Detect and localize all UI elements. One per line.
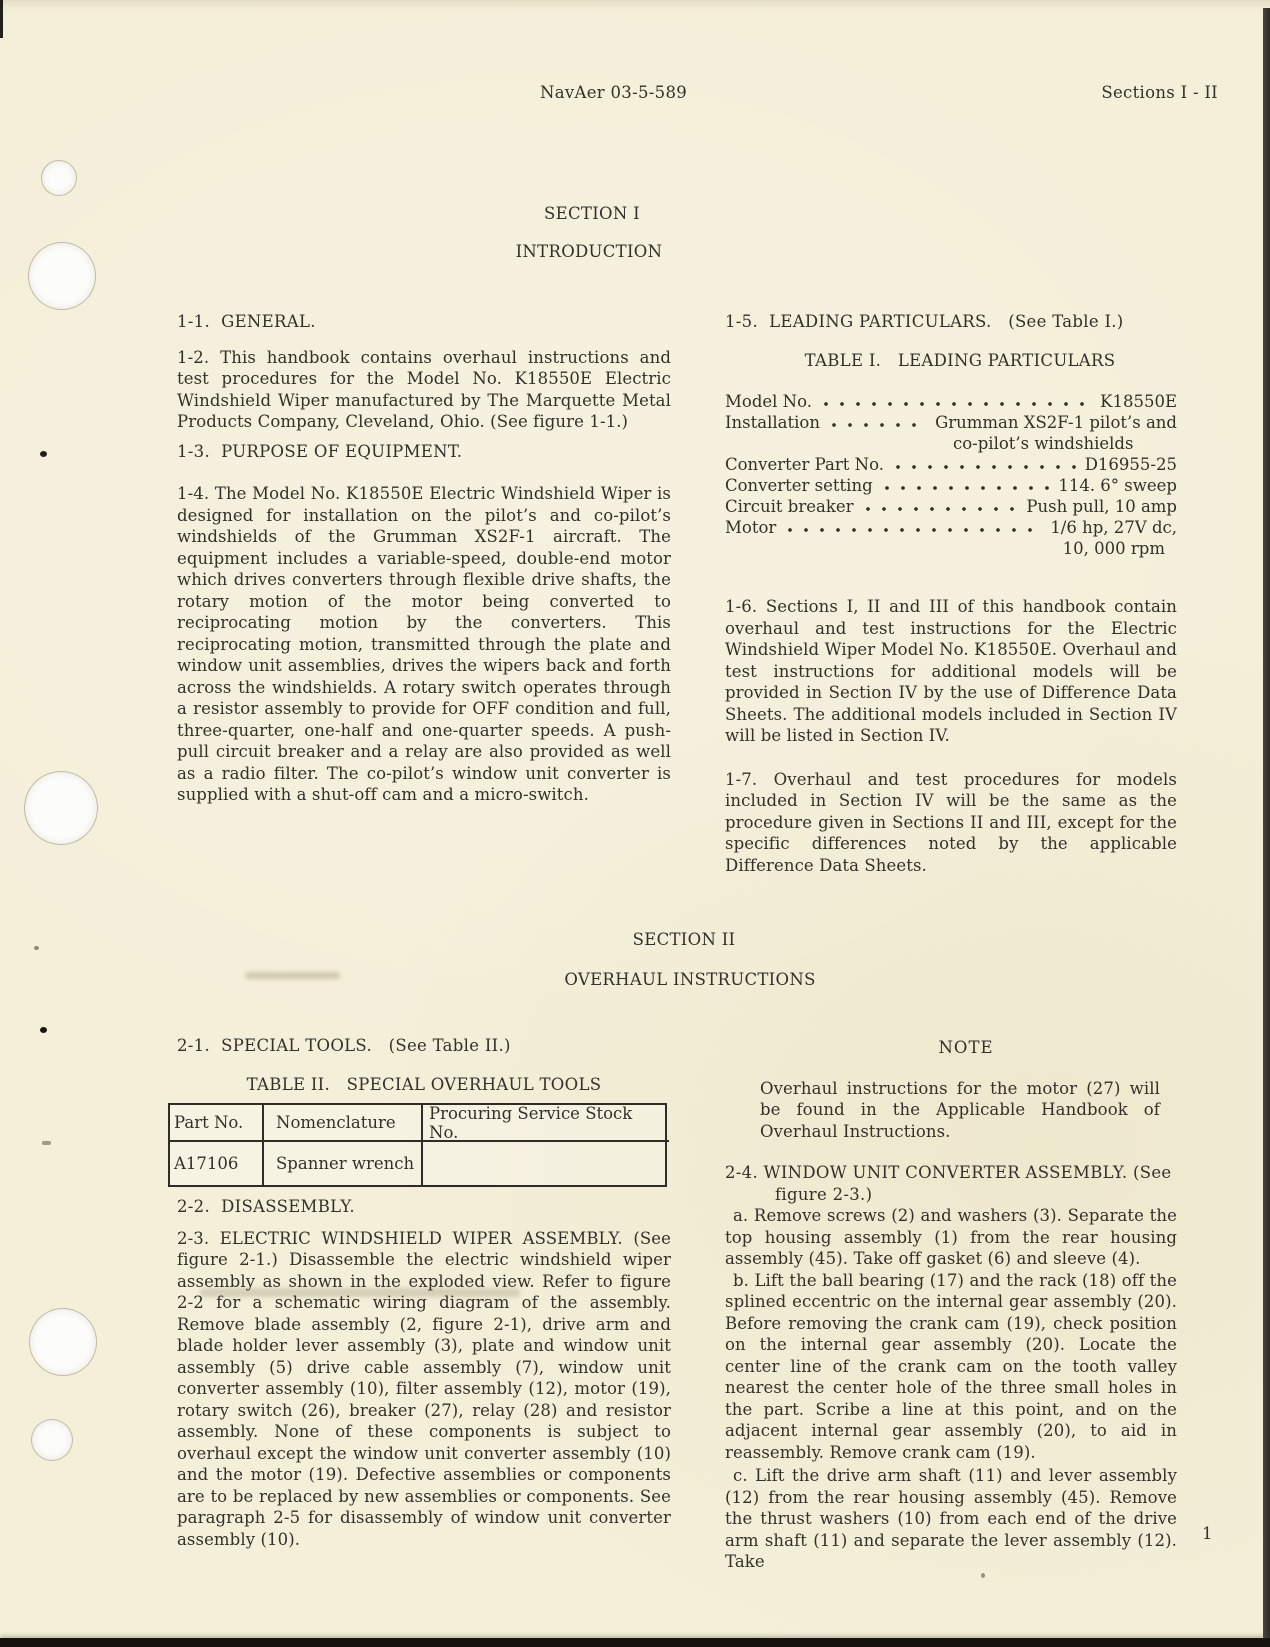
section-1-subtitle: INTRODUCTION [469, 241, 709, 263]
heading-1-5: 1-5. LEADING PARTICULARS. (See Table I.) [725, 311, 1177, 333]
particular-label: Motor [725, 517, 776, 538]
scan-edge-right [1263, 8, 1270, 1647]
table-2-cell-stock-no [423, 1142, 669, 1185]
particular-label: Circuit breaker [725, 496, 854, 517]
scan-edge-top-left [0, 0, 3, 38]
table-1-row: Installation Grumman XS2F-1 pilot’s and [725, 412, 1177, 433]
section-2-title: SECTION II [564, 929, 804, 951]
note-title: NOTE [725, 1037, 1177, 1059]
table-2-cell-part-no: A17106 [170, 1142, 264, 1185]
note-body: Overhaul instructions for the motor (27)… [760, 1078, 1160, 1143]
ink-speck [40, 451, 47, 457]
heading-2-4: 2-4. WINDOW UNIT CONVERTER ASSEMBLY. (Se… [725, 1162, 1177, 1205]
print-smudge [245, 972, 340, 979]
table-1-row: Circuit breaker Push pull, 10 amp [725, 496, 1177, 517]
ink-speck [981, 1573, 985, 1578]
particular-value: Push pull, 10 amp [1026, 496, 1177, 517]
paragraph-2-3: 2-3. ELECTRIC WINDSHIELD WIPER ASSEMBLY.… [177, 1228, 671, 1551]
table-1-row: Motor 1/6 hp, 27V dc, [725, 517, 1177, 538]
punch-hole [25, 772, 97, 844]
table-1-title: TABLE I. LEADING PARTICULARS [725, 350, 1177, 372]
header-sections-label: Sections I - II [1101, 82, 1218, 104]
particular-value-continued: co-pilot’s windshields [953, 433, 1177, 454]
particular-label: Converter Part No. [725, 454, 884, 475]
paragraph-2-4a: a. Remove screws (2) and washers (3). Se… [725, 1205, 1177, 1270]
dot-leader [783, 517, 1043, 538]
dot-leader [819, 391, 1093, 412]
heading-2-4-line-1: 2-4. WINDOW UNIT CONVERTER ASSEMBLY. (Se… [725, 1162, 1177, 1184]
section-1-title: SECTION I [472, 203, 712, 225]
section-2-subtitle: OVERHAUL INSTRUCTIONS [540, 969, 840, 991]
paragraph-2-4b: b. Lift the ball bearing (17) and the ra… [725, 1270, 1177, 1464]
dot-leader [891, 454, 1078, 475]
section-1-left-column: 1-1. GENERAL. 1-2. This handbook contain… [177, 311, 671, 806]
heading-1-1: 1-1. GENERAL. [177, 311, 671, 333]
particular-value: K18550E [1100, 391, 1177, 412]
punch-hole [32, 1420, 72, 1460]
particular-label: Model No. [725, 391, 812, 412]
heading-2-2: 2-2. DISASSEMBLY. [177, 1196, 671, 1218]
punch-hole [30, 1309, 96, 1375]
header-document-number: NavAer 03-5-589 [540, 82, 687, 104]
punch-hole [42, 161, 76, 195]
paragraph-1-4: 1-4. The Model No. K18550E Electric Wind… [177, 483, 671, 806]
paragraph-1-6: 1-6. Sections I, II and III of this hand… [725, 596, 1177, 747]
particular-label: Installation [725, 412, 820, 433]
scan-edge-bottom [0, 1638, 1270, 1647]
table-1-row: Model No. K18550E [725, 391, 1177, 412]
ink-speck [42, 1141, 51, 1145]
table-1-row: Converter setting 114. 6° sweep [725, 475, 1177, 496]
table-2-header-stock-no: Procuring Service Stock No. [423, 1105, 669, 1142]
dot-leader [861, 496, 1020, 517]
ink-speck [40, 1027, 47, 1033]
page-number: 1 [1202, 1523, 1213, 1545]
particular-value: D16955-25 [1085, 454, 1177, 475]
section-1-right-column: 1-5. LEADING PARTICULARS. (See Table I.)… [725, 311, 1177, 876]
ink-speck [34, 946, 39, 950]
table-2-header-nomenclature: Nomenclature [264, 1105, 423, 1142]
section-2-left-column: 2-1. SPECIAL TOOLS. (See Table II.) TABL… [177, 1035, 671, 1550]
particular-label: Converter setting [725, 475, 873, 496]
table-1-leading-particulars: Model No. K18550E Installation Grumman X… [725, 391, 1177, 559]
paragraph-1-7: 1-7. Overhaul and test procedures for mo… [725, 769, 1177, 877]
punch-hole [29, 243, 95, 309]
paragraph-1-2: 1-2. This handbook contains overhaul ins… [177, 347, 671, 433]
table-2-cell-nomenclature: Spanner wrench [264, 1142, 423, 1185]
table-2-header-part-no: Part No. [170, 1105, 264, 1142]
table-2-special-tools: Part No. Nomenclature Procuring Service … [168, 1103, 667, 1187]
particular-value: Grumman XS2F-1 pilot’s and [935, 412, 1177, 433]
heading-2-4-line-2: figure 2-3.) [725, 1184, 1177, 1206]
particular-value: 114. 6° sweep [1058, 475, 1177, 496]
table-2-title: TABLE II. SPECIAL OVERHAUL TOOLS [177, 1074, 671, 1096]
heading-2-1: 2-1. SPECIAL TOOLS. (See Table II.) [177, 1035, 671, 1057]
manual-page: NavAer 03-5-589 Sections I - II SECTION … [0, 0, 1270, 1647]
particular-value: 1/6 hp, 27V dc, [1050, 517, 1177, 538]
dot-leader [880, 475, 1052, 496]
dot-leader [827, 412, 928, 433]
table-1-row: Converter Part No. D16955-25 [725, 454, 1177, 475]
paragraph-2-4c: c. Lift the drive arm shaft (11) and lev… [725, 1465, 1177, 1573]
section-2-right-column: NOTE Overhaul instructions for the motor… [725, 1037, 1177, 1573]
heading-1-3: 1-3. PURPOSE OF EQUIPMENT. [177, 441, 671, 463]
particular-value-continued: 10, 000 rpm [725, 538, 1165, 559]
